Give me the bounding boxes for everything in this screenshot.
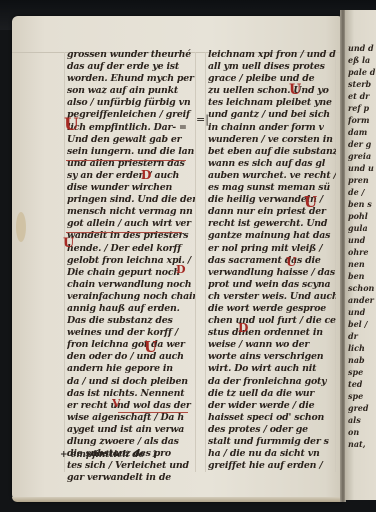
text-line: haisset speci od' schon [208,412,336,424]
text-line: wise aigenschaft / Da h [67,412,195,424]
text-line: er nol pring mit vleiß / [208,243,336,255]
text-fragment: als [348,414,376,426]
text-fragment: on [348,426,376,438]
text-fragment: und [348,306,376,318]
facing-page-text: und d eß la pale d sterb et dr ref p for… [348,42,376,450]
text-line: sy an der erden / auch [67,170,195,182]
text-line: tes leichnam pleibet yne [208,97,336,109]
red-initial: U [289,82,301,98]
red-initial: U [144,338,157,356]
text-line: also / unfürbig fürbig vn [67,97,195,109]
text-line: bet eben auf die substanz [208,146,336,158]
text-fragment: greia [348,150,376,162]
text-line: annig hauß auf erden. [67,303,195,315]
text-line: auben wurchet. ve recht / [208,170,336,182]
red-initial: U [304,193,317,211]
rubric-stroke [66,232,182,233]
text-line: all ym uell dises protes [208,61,336,73]
text-line: stalt und furmmig der s [208,436,336,448]
rubric-stroke [66,160,186,161]
text-fragment: ohre [348,246,376,258]
text-line: got allein / auch wirt ver [67,218,195,230]
bottom-marginal-note: + empfinttich do 1 [60,450,157,460]
text-fragment: nen [348,258,376,270]
text-fragment: und d [348,42,376,54]
text-fragment: dam [348,126,376,138]
text-fragment: pohl [348,210,376,222]
text-line: chain verwandlung noch [67,279,195,291]
text-line: zu uellen schon. Und yo [208,85,336,97]
text-fragment: nat, [348,438,376,450]
text-line: ch verster weis. Und auch [208,291,336,303]
red-initial: U [286,255,296,269]
text-fragment: ander [348,294,376,306]
text-line: der wider werde / die [208,400,336,412]
text-fragment: pren [348,174,376,186]
text-line: fron leichna got da wer [67,339,195,351]
text-line: die tz uell da die wur [208,388,336,400]
text-fragment: dr [348,330,376,342]
text-line: er recht und wol das der [67,400,195,412]
text-fragment: sterb [348,78,376,90]
text-line: worte ains verschrigen [208,351,336,363]
red-initial: U [63,236,74,251]
text-line: pegreiffenleichen / greif [67,109,195,121]
text-line: das sacrament das die [208,255,336,267]
text-fragment: et dr [348,90,376,102]
text-line: da der fronleichna goty [208,376,336,388]
page-bottom-edge [12,497,342,502]
text-line: recht ist gewercht. Und [208,218,336,230]
text-line: da / und si doch pleiben [67,376,195,388]
text-line: wirt. Do wirt auch nit [208,363,336,375]
text-line: ha / die nu da sicht vn [208,448,336,460]
text-line: leichnam xpi fron / und doch [208,49,336,61]
text-line: wunderen / ve corsten in [208,134,336,146]
text-line: Das die substanz des [67,315,195,327]
text-line: verwandlung haisse / das [208,267,336,279]
text-fragment: gula [348,222,376,234]
text-line: wann es sich auf das gl [208,158,336,170]
marginal-note-suffix: 1 [152,450,158,460]
text-fragment: spe [348,390,376,402]
text-fragment: der g [348,138,376,150]
text-line: in chainn ander form v [208,122,336,134]
text-line: chen und uol furt / die ce [208,315,336,327]
rubric-stroke [118,412,188,413]
text-fragment: schon [348,282,376,294]
text-fragment: form [348,114,376,126]
text-line: tes sich / Verleichet und [67,460,195,472]
text-line: gar verwandelt in de [67,472,195,484]
text-line: den oder do / und auch [67,351,195,363]
text-line: ayget und ist ain verwa [67,424,195,436]
text-line: weines und der korff / [67,327,195,339]
text-line: dise wunder wirchen [67,182,195,194]
text-line: lich empfintlich. Dar- = [67,122,195,134]
text-fragment: nab [348,354,376,366]
text-line: grace / pleibe und de [208,73,336,85]
text-line: sein iungern. und die lan [67,146,195,158]
text-line: grossen wunder theurhé [67,49,195,61]
text-line: gantze mainung hat das [208,230,336,242]
marginal-note-text: + empfinttich do [60,450,145,460]
text-fragment: spe [348,366,376,378]
red-initial: D [176,263,186,276]
text-line: das auf der erde ye ist [67,61,195,73]
red-initial: V [112,397,121,410]
text-line: mensch nicht vermag nn [67,206,195,218]
text-line: dlung zwoere / als das [67,436,195,448]
text-fragment: eß la [348,54,376,66]
text-fragment: ref p [348,102,376,114]
text-line: Und den gewalt gab er [67,134,195,146]
text-line: stus dinen ordennet in [208,327,336,339]
text-line: worden. Ehund mych per [67,73,195,85]
text-line: andern hie gepore in [67,363,195,375]
text-fragment: gred [348,402,376,414]
text-fragment: und [348,234,376,246]
text-fragment: und u [348,162,376,174]
text-fragment: ted [348,378,376,390]
red-initial: U [64,115,79,135]
text-line: son waz auf ain punkt [67,85,195,97]
text-fragment: de / [348,186,376,198]
text-fragment: ben [348,270,376,282]
text-fragment: pale d [348,66,376,78]
text-line: hende. / Der edel korff [67,243,195,255]
right-text-column: leichnam xpi fron / und doch all ym uell… [208,49,336,472]
text-line: die wort werde gesproe [208,303,336,315]
red-initial: D [238,321,248,335]
text-line: pringen sind. Und die den [67,194,195,206]
text-line: das ist nichts. Nennent [67,388,195,400]
text-line: greiffet hie auf erden / [208,460,336,472]
marginal-mark: =| [196,113,209,126]
text-fragment: ben s [348,198,376,210]
text-line: verainfachung noch chain [67,291,195,303]
text-line: und gantz / und bei sich [208,109,336,121]
text-line: prot und wein das scyna [208,279,336,291]
text-line: weise / wann wo der [208,339,336,351]
parchment-stain [16,212,26,242]
text-fragment: bel / [348,318,376,330]
text-fragment: lich [348,342,376,354]
red-initial: D [141,168,151,182]
text-line: des protes / oder ge [208,424,336,436]
